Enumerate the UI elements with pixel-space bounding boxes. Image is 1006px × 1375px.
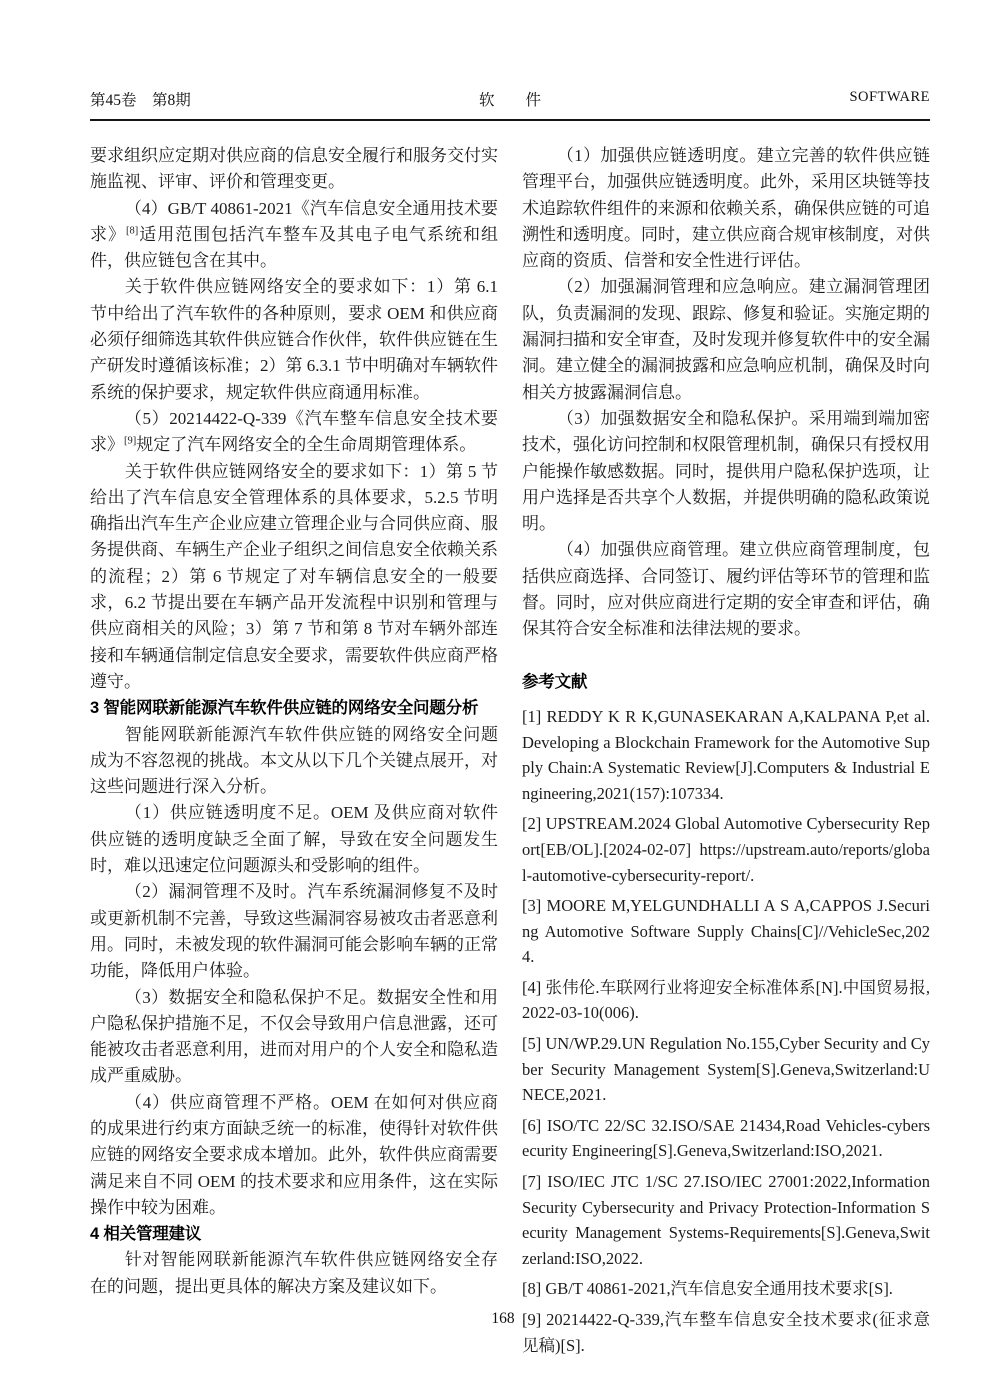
text-run: 3 智能网联新能源汽车软件供应链的网络安全问题分析 [90, 699, 478, 717]
document-page: 第45卷 第8期 软 件 SOFTWARE 要求组织应定期对供应商的信息安全履行… [0, 0, 1006, 1375]
text-run: 参考文献 [522, 673, 587, 691]
article-body: 要求组织应定期对供应商的信息安全履行和服务交付实施监视、评审、评价和管理变更。（… [90, 143, 930, 1363]
text-run: 4 相关管理建议 [90, 1225, 201, 1243]
paragraph: （4）GB/T 40861-2021《汽车信息安全通用技术要求》[8]适用范围包… [90, 196, 498, 275]
text-run: [7] ISO/IEC JTC 1/SC 27.ISO/IEC 27001:20… [522, 1172, 930, 1268]
citation-superscript: [9] [124, 436, 136, 447]
reference-item: [6] ISO/TC 22/SC 32.ISO/SAE 21434,Road V… [522, 1113, 930, 1164]
text-run: [2] UPSTREAM.2024 Global Automotive Cybe… [522, 814, 930, 884]
paragraph: （3）加强数据安全和隐私保护。采用端到端加密技术，强化访问控制和权限管理机制，确… [522, 406, 930, 537]
text-run: （2）加强漏洞管理和应急响应。建立漏洞管理团队，负责漏洞的发现、跟踪、修复和验证… [522, 277, 930, 401]
paragraph: 针对智能网联新能源汽车软件供应链网络安全存在的问题，提出更具体的解决方案及建议如… [90, 1247, 498, 1300]
section-heading: 参考文献 [522, 669, 930, 695]
text-run: 要求组织应定期对供应商的信息安全履行和服务交付实施监视、评审、评价和管理变更。 [90, 146, 498, 191]
header-rule [90, 119, 930, 121]
text-run: [6] ISO/TC 22/SC 32.ISO/SAE 21434,Road V… [522, 1116, 930, 1161]
text-run: （1）供应链透明度不足。OEM 及供应商对软件供应链的透明度缺乏全面了解，导致在… [90, 803, 498, 875]
page-number: 168 [491, 1310, 514, 1327]
section-heading: 4 相关管理建议 [90, 1221, 498, 1247]
text-run: 针对智能网联新能源汽车软件供应链网络安全存在的问题，提出更具体的解决方案及建议如… [90, 1250, 498, 1295]
page-footer: 168 [0, 1310, 1006, 1328]
text-run: [4] 张伟伦.车联网行业将迎安全标准体系[N].中国贸易报,2022-03-1… [522, 978, 930, 1023]
header-journal-title-en: SOFTWARE [849, 89, 930, 106]
text-run: 适用范围包括汽车整车及其电子电气系统和组件，供应链包含在其中。 [90, 225, 498, 270]
paragraph: （4）加强供应商管理。建立供应商管理制度，包括供应商选择、合同签订、履约评估等环… [522, 537, 930, 642]
text-run: 规定了汽车网络安全的全生命周期管理体系。 [136, 435, 476, 454]
paragraph: （2）漏洞管理不及时。汽车系统漏洞修复不及时或更新机制不完善，导致这些漏洞容易被… [90, 879, 498, 984]
text-run: 关于软件供应链网络安全的要求如下：1）第 6.1 节中给出了汽车软件的各种原则，… [90, 277, 498, 401]
reference-item: [7] ISO/IEC JTC 1/SC 27.ISO/IEC 27001:20… [522, 1169, 930, 1271]
left-column: 要求组织应定期对供应商的信息安全履行和服务交付实施监视、评审、评价和管理变更。（… [90, 143, 498, 1363]
page-header: 第45卷 第8期 软 件 SOFTWARE [90, 88, 930, 112]
reference-item: [3] MOORE M,YELGUNDHALLI A S A,CAPPOS J.… [522, 893, 930, 970]
paragraph: （1）加强供应链透明度。建立完善的软件供应链管理平台，加强供应链透明度。此外，采… [522, 143, 930, 274]
text-run: （4）加强供应商管理。建立供应商管理制度，包括供应商选择、合同签订、履约评估等环… [522, 540, 930, 638]
header-journal-title-cn: 软 件 [479, 88, 541, 110]
text-run: [1] REDDY K R K,GUNASEKARAN A,KALPANA P,… [522, 707, 930, 803]
paragraph: （1）供应链透明度不足。OEM 及供应商对软件供应链的透明度缺乏全面了解，导致在… [90, 800, 498, 879]
text-run: （3）数据安全和隐私保护不足。数据安全性和用户隐私保护措施不足，不仅会导致用户信… [90, 988, 498, 1086]
reference-item: [5] UN/WP.29.UN Regulation No.155,Cyber … [522, 1031, 930, 1108]
paragraph: （3）数据安全和隐私保护不足。数据安全性和用户隐私保护措施不足，不仅会导致用户信… [90, 985, 498, 1090]
paragraph: （2）加强漏洞管理和应急响应。建立漏洞管理团队，负责漏洞的发现、跟踪、修复和验证… [522, 274, 930, 405]
reference-item: [8] GB/T 40861-2021,汽车信息安全通用技术要求[S]. [522, 1276, 930, 1302]
paragraph: 要求组织应定期对供应商的信息安全履行和服务交付实施监视、评审、评价和管理变更。 [90, 143, 498, 196]
paragraph: 关于软件供应链网络安全的要求如下：1）第 5 节给出了汽车信息安全管理体系的具体… [90, 459, 498, 696]
section-heading: 3 智能网联新能源汽车软件供应链的网络安全问题分析 [90, 695, 498, 721]
reference-item: [1] REDDY K R K,GUNASEKARAN A,KALPANA P,… [522, 704, 930, 806]
text-run: 关于软件供应链网络安全的要求如下：1）第 5 节给出了汽车信息安全管理体系的具体… [90, 462, 498, 691]
text-run: （3）加强数据安全和隐私保护。采用端到端加密技术，强化访问控制和权限管理机制，确… [522, 409, 930, 533]
header-volume-issue: 第45卷 第8期 [90, 88, 191, 110]
text-run: （4）供应商管理不严格。OEM 在如何对供应商的成果进行约束方面缺乏统一的标准，… [90, 1093, 498, 1217]
paragraph: （4）供应商管理不严格。OEM 在如何对供应商的成果进行约束方面缺乏统一的标准，… [90, 1090, 498, 1221]
text-run: 智能网联新能源汽车软件供应链的网络安全问题成为不容忽视的挑战。本文从以下几个关键… [90, 725, 498, 797]
reference-item: [2] UPSTREAM.2024 Global Automotive Cybe… [522, 811, 930, 888]
reference-item: [4] 张伟伦.车联网行业将迎安全标准体系[N].中国贸易报,2022-03-1… [522, 975, 930, 1026]
text-run: [8] GB/T 40861-2021,汽车信息安全通用技术要求[S]. [522, 1279, 893, 1298]
paragraph: （5）20214422-Q-339《汽车整车信息安全技术要求》[9]规定了汽车网… [90, 406, 498, 459]
paragraph: 关于软件供应链网络安全的要求如下：1）第 6.1 节中给出了汽车软件的各种原则，… [90, 274, 498, 405]
paragraph: 智能网联新能源汽车软件供应链的网络安全问题成为不容忽视的挑战。本文从以下几个关键… [90, 722, 498, 801]
text-run: （2）漏洞管理不及时。汽车系统漏洞修复不及时或更新机制不完善，导致这些漏洞容易被… [90, 882, 498, 980]
text-run: （1）加强供应链透明度。建立完善的软件供应链管理平台，加强供应链透明度。此外，采… [522, 146, 930, 270]
right-column: （1）加强供应链透明度。建立完善的软件供应链管理平台，加强供应链透明度。此外，采… [522, 143, 930, 1363]
text-run: [5] UN/WP.29.UN Regulation No.155,Cyber … [522, 1034, 930, 1104]
citation-superscript: [8] [126, 225, 138, 236]
text-run: [3] MOORE M,YELGUNDHALLI A S A,CAPPOS J.… [522, 896, 930, 966]
